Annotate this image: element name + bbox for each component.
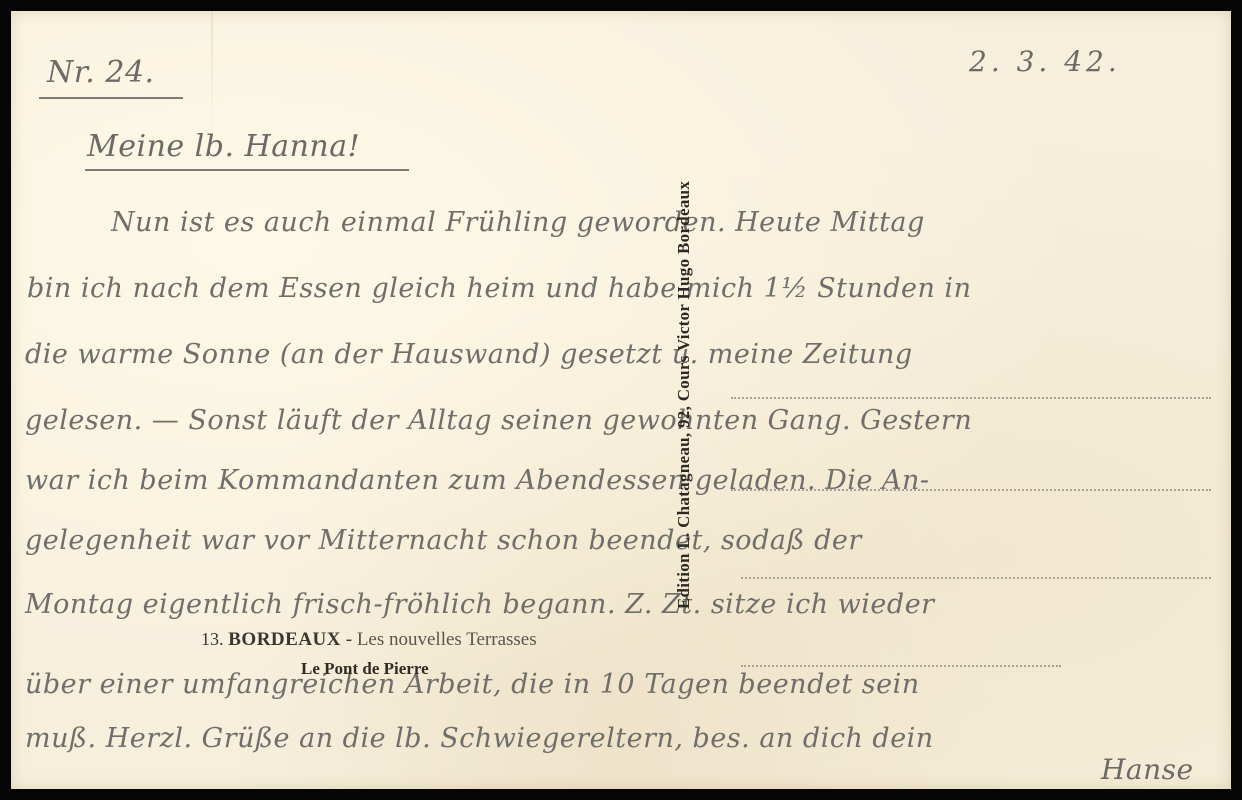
address-line-3 (741, 577, 1211, 579)
message-line-1: Nun ist es auch einmal Frühling geworden… (111, 207, 925, 238)
letter-date: 2. 3. 42. (969, 45, 1121, 78)
salutation: Meine lb. Hanna! (87, 129, 360, 164)
message-line-6: gelegenheit war vor Mitternacht schon be… (25, 525, 862, 556)
postcard-back: Nr. 24. 2. 3. 42. Meine lb. Hanna! Nun i… (11, 11, 1231, 789)
letter-number-underline (39, 97, 183, 99)
caption-title: Les nouvelles Terrasses (357, 629, 537, 650)
message-line-3: die warme Sonne (an der Hauswand) gesetz… (25, 339, 913, 370)
message-line-7: Montag eigentlich frisch-fröhlich begann… (25, 589, 935, 620)
caption-number: 13. (201, 629, 224, 649)
address-line-1 (731, 397, 1211, 399)
signature: Hanse (1101, 753, 1194, 786)
message-line-9: muß. Herzl. Grüße an die lb. Schwiegerel… (25, 723, 934, 754)
salutation-underline (85, 169, 409, 171)
publisher-imprint: Edition L. Chatagneau, 92, Cours Victor … (674, 181, 694, 609)
printed-caption: 13. BORDEAUX - Les nouvelles Terrasses (201, 629, 537, 651)
message-line-4: gelesen. — Sonst läuft der Alltag seinen… (25, 405, 972, 436)
message-line-2: bin ich nach dem Essen gleich heim und h… (27, 273, 971, 304)
caption-subtitle: Le Pont de Pierre (301, 659, 429, 679)
message-line-5: war ich beim Kommandanten zum Abendessen… (25, 465, 930, 496)
letter-number: Nr. 24. (47, 55, 155, 90)
caption-city: BORDEAUX (228, 629, 341, 650)
paper-crease (211, 11, 213, 141)
message-line-8: über einer umfangreichen Arbeit, die in … (25, 669, 920, 700)
address-line-4 (741, 665, 1061, 667)
caption-separator: - (346, 629, 352, 650)
